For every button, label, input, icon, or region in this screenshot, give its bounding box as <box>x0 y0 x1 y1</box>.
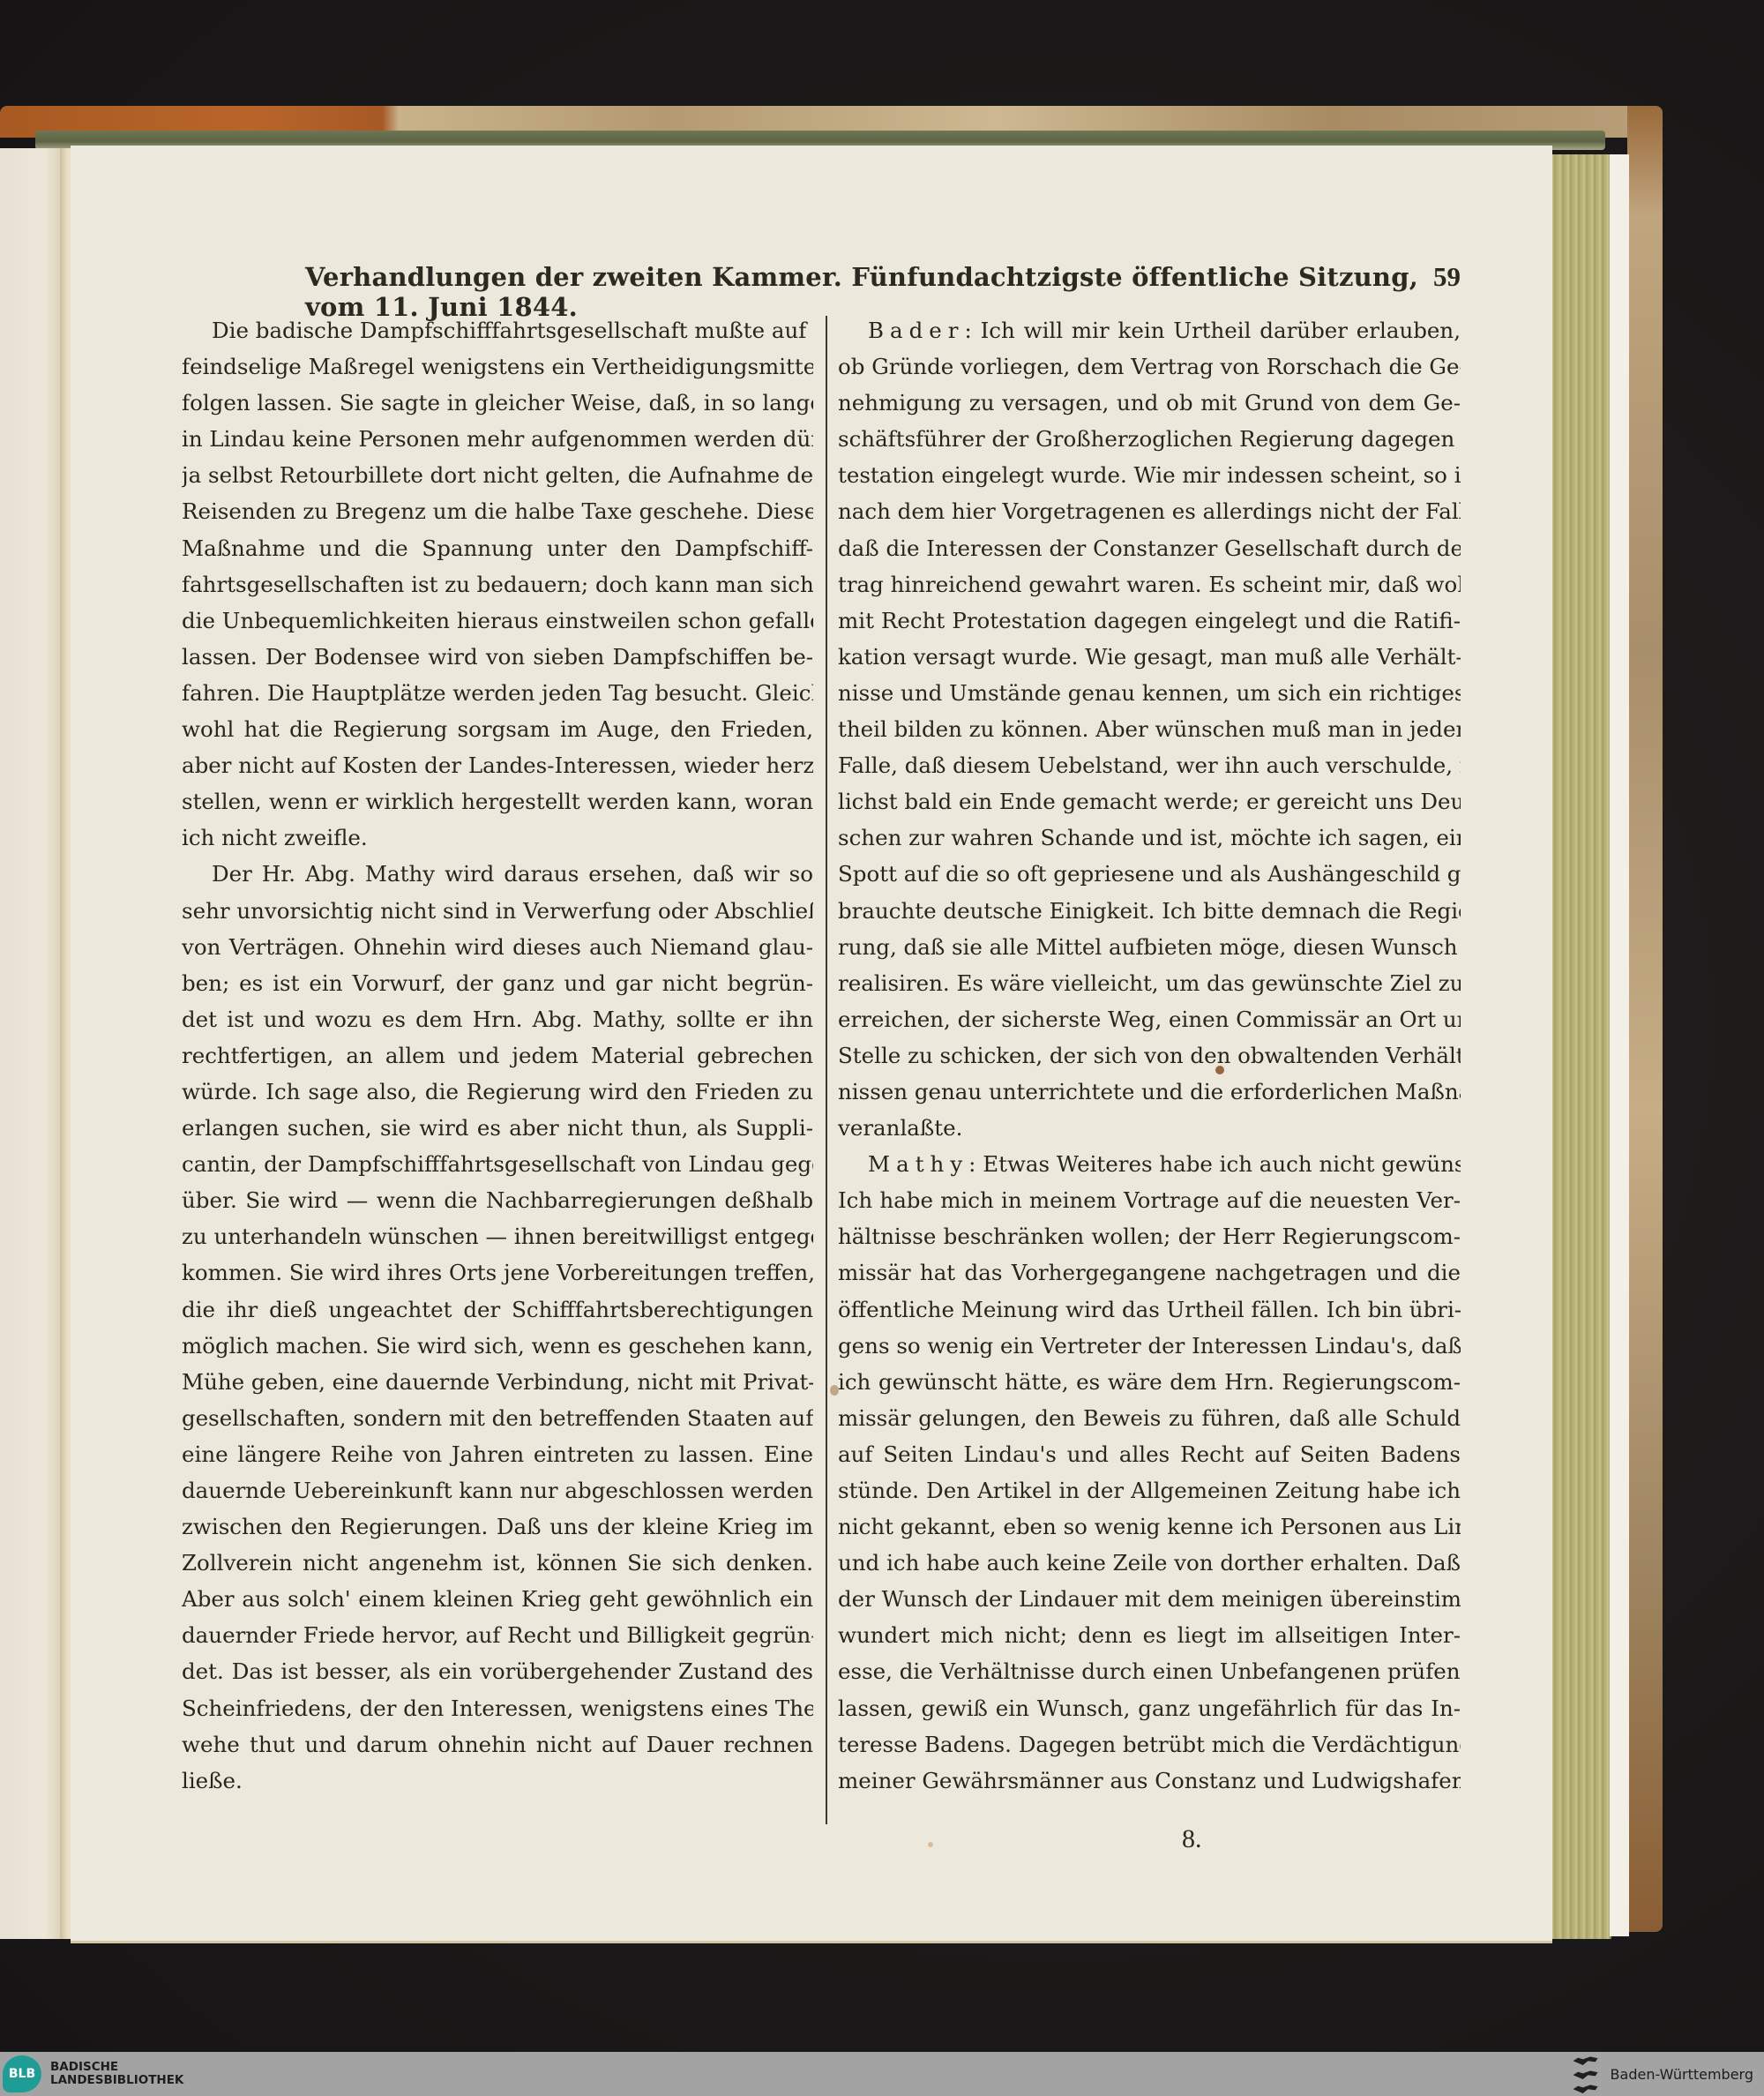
blb-logo-icon[interactable]: BLB <box>3 2055 41 2092</box>
text-line: lassen, gewiß ein Wunsch, ganz ungefährl… <box>838 1690 1461 1726</box>
text-line: über. Sie wird — wenn die Nachbarregieru… <box>182 1182 813 1218</box>
left-page-sliver <box>0 148 64 1939</box>
state-name: Baden-Württemberg <box>1611 2066 1753 2083</box>
text-line: mit Recht Protestation dagegen eingelegt… <box>838 603 1461 639</box>
text-line: Bader: Ich will mir kein Urtheil darüber… <box>838 312 1461 348</box>
text-line: esse, die Verhältnisse durch einen Unbef… <box>838 1653 1461 1689</box>
text-line: Falle, daß diesem Uebelstand, wer ihn au… <box>838 747 1461 783</box>
text-line: stünde. Den Artikel in der Allgemeinen Z… <box>838 1472 1461 1508</box>
text-line: die Unbequemlichkeiten hieraus einstweil… <box>182 603 813 639</box>
text-line: fahrtsgesellschaften ist zu bedauern; do… <box>182 566 813 603</box>
text-line: hältnisse beschränken wollen; der Herr R… <box>838 1218 1461 1254</box>
text-line: Der Hr. Abg. Mathy wird daraus ersehen, … <box>182 856 813 892</box>
library-name-line2: LANDESBIBLIOTHEK <box>50 2074 183 2087</box>
endpaper-edge <box>1610 154 1629 1936</box>
text-line: gens so wenig ein Vertreter der Interess… <box>838 1328 1461 1364</box>
text-line: det ist und wozu es dem Hrn. Abg. Mathy,… <box>182 1001 813 1037</box>
text-line: fahren. Die Hauptplätze werden jeden Tag… <box>182 675 813 711</box>
text-line: Scheinfriedens, der den Interessen, weni… <box>182 1690 813 1726</box>
paper-stain <box>1215 1066 1224 1074</box>
text-line: wehe thut und darum ohnehin nicht auf Da… <box>182 1726 813 1763</box>
speaker-name: Mathy <box>868 1151 968 1177</box>
text-line: nisse und Umstände genau kennen, um sich… <box>838 675 1461 711</box>
text-line: Maßnahme und die Spannung unter den Damp… <box>182 530 813 566</box>
text-line: nach dem hier Vorgetragenen es allerding… <box>838 493 1461 529</box>
scanned-book-image: Verhandlungen der zweiten Kammer. Fünfun… <box>0 0 1764 2052</box>
text-line: zu unterhandeln wünschen — ihnen bereitw… <box>182 1218 813 1254</box>
text-line: in Lindau keine Personen mehr aufgenomme… <box>182 421 813 457</box>
paper-stain <box>830 1385 839 1396</box>
text-line: von Verträgen. Ohnehin wird dieses auch … <box>182 929 813 965</box>
text-line: kommen. Sie wird ihres Orts jene Vorbere… <box>182 1254 813 1291</box>
text-line: Die badische Dampfschifffahrtsgesellscha… <box>182 312 813 348</box>
text-line: Spott auf die so oft gepriesene und als … <box>838 856 1461 892</box>
text-line: gesellschaften, sondern mit den betreffe… <box>182 1400 813 1436</box>
text-line: erlangen suchen, sie wird es aber nicht … <box>182 1110 813 1146</box>
blb-logo-text: BLB <box>9 2067 35 2081</box>
text-line: und ich habe auch keine Zeile von dorthe… <box>838 1545 1461 1581</box>
text-line: wundert mich nicht; denn es liegt im all… <box>838 1617 1461 1653</box>
text-line: trag hinreichend gewahrt waren. Es schei… <box>838 566 1461 603</box>
text-line: ja selbst Retourbillete dort nicht gelte… <box>182 457 813 493</box>
text-line: ich nicht zweifle. <box>182 820 813 856</box>
text-line: Stelle zu schicken, der sich von den obw… <box>838 1037 1461 1074</box>
text-line: teresse Badens. Dagegen betrübt mich die… <box>838 1726 1461 1763</box>
baden-wuerttemberg-brand[interactable]: Baden-Württemberg <box>1573 2055 1753 2093</box>
text-line: zwischen den Regierungen. Daß uns der kl… <box>182 1508 813 1545</box>
text-line: schen zur wahren Schande und ist, möchte… <box>838 820 1461 856</box>
text-line: feindselige Maßregel wenigstens ein Vert… <box>182 348 813 385</box>
text-line: missär gelungen, den Beweis zu führen, d… <box>838 1400 1461 1436</box>
text-line: realisiren. Es wäre vielleicht, um das g… <box>838 965 1461 1001</box>
text-column-left: Die badische Dampfschifffahrtsgesellscha… <box>182 312 813 1799</box>
text-line: folgen lassen. Sie sagte in gleicher Wei… <box>182 385 813 421</box>
text-line: meiner Gewährsmänner aus Constanz und Lu… <box>838 1763 1461 1799</box>
page-fore-edge <box>1550 154 1611 1939</box>
text-line: testation eingelegt wurde. Wie mir indes… <box>838 457 1461 493</box>
text-line: sehr unvorsichtig nicht sind in Verwerfu… <box>182 893 813 929</box>
text-line: nissen genau unterrichtete und die erfor… <box>838 1074 1461 1110</box>
text-line: veranlaßte. <box>838 1110 1461 1146</box>
text-line: eine längere Reihe von Jahren eintreten … <box>182 1436 813 1472</box>
text-line: lichst bald ein Ende gemacht werde; er g… <box>838 783 1461 820</box>
text-line: lassen. Der Bodensee wird von sieben Dam… <box>182 639 813 675</box>
text-line: Ich habe mich in meinem Vortrage auf die… <box>838 1182 1461 1218</box>
text-line: Mathy: Etwas Weiteres habe ich auch nich… <box>838 1146 1461 1182</box>
text-line: daß die Interessen der Constanzer Gesell… <box>838 530 1461 566</box>
library-name[interactable]: BADISCHE LANDESBIBLIOTHEK <box>50 2061 183 2087</box>
text-line: det. Das ist besser, als ein vorübergehe… <box>182 1653 813 1689</box>
text-line: stellen, wenn er wirklich hergestellt we… <box>182 783 813 820</box>
text-column-right: Bader: Ich will mir kein Urtheil darüber… <box>838 312 1461 1799</box>
page-number: 59 <box>1433 261 1461 293</box>
text-line: wohl hat die Regierung sorgsam im Auge, … <box>182 711 813 747</box>
paper-stain <box>928 1842 933 1847</box>
signature-mark: 8. <box>1182 1824 1202 1854</box>
text-line: ob Gründe vorliegen, dem Vertrag von Ror… <box>838 348 1461 385</box>
three-lions-coat-of-arms-icon <box>1573 2055 1600 2093</box>
text-line: dauernder Friede hervor, auf Recht und B… <box>182 1617 813 1653</box>
speaker-name: Bader <box>868 318 965 343</box>
text-line: ben; es ist ein Vorwurf, der ganz und ga… <box>182 965 813 1001</box>
text-line: cantin, der Dampfschifffahrtsgesellschaf… <box>182 1146 813 1182</box>
text-line: möglich machen. Sie wird sich, wenn es g… <box>182 1328 813 1364</box>
viewer-footer-bar: BLB BADISCHE LANDESBIBLIOTHEK Baden-Würt… <box>0 2052 1764 2096</box>
text-line: der Wunsch der Lindauer mit dem meinigen… <box>838 1581 1461 1617</box>
library-name-line1: BADISCHE <box>50 2061 183 2074</box>
text-line: kation versagt wurde. Wie gesagt, man mu… <box>838 639 1461 675</box>
text-line: schäftsführer der Großherzoglichen Regie… <box>838 421 1461 457</box>
text-line: Reisenden zu Bregenz um die halbe Taxe g… <box>182 493 813 529</box>
text-line: Mühe geben, eine dauernde Verbindung, ni… <box>182 1364 813 1400</box>
text-line: missär hat das Vorhergegangene nachgetra… <box>838 1254 1461 1291</box>
text-line: ich gewünscht hätte, es wäre dem Hrn. Re… <box>838 1364 1461 1400</box>
text-line: die ihr dieß ungeachtet der Schifffahrts… <box>182 1291 813 1328</box>
text-line: rechtfertigen, an allem und jedem Materi… <box>182 1037 813 1074</box>
text-line: öffentliche Meinung wird das Urtheil fäl… <box>838 1291 1461 1328</box>
column-divider-rule <box>826 316 827 1824</box>
text-line: brauchte deutsche Einigkeit. Ich bitte d… <box>838 893 1461 929</box>
text-line: nehmigung zu versagen, und ob mit Grund … <box>838 385 1461 421</box>
text-line: Zollverein nicht angenehm ist, können Si… <box>182 1545 813 1581</box>
text-line: rung, daß sie alle Mittel aufbieten möge… <box>838 929 1461 965</box>
text-line: auf Seiten Lindau's und alles Recht auf … <box>838 1436 1461 1472</box>
running-head: Verhandlungen der zweiten Kammer. Fünfun… <box>305 261 1461 300</box>
text-line: Aber aus solch' einem kleinen Krieg geht… <box>182 1581 813 1617</box>
text-line: nicht gekannt, eben so wenig kenne ich P… <box>838 1508 1461 1545</box>
text-line: würde. Ich sage also, die Regierung wird… <box>182 1074 813 1110</box>
book-cover-right-edge <box>1627 106 1663 1932</box>
text-line: theil bilden zu können. Aber wünschen mu… <box>838 711 1461 747</box>
text-line: erreichen, der sicherste Weg, einen Comm… <box>838 1001 1461 1037</box>
text-line: ließe. <box>182 1763 813 1799</box>
text-line: dauernde Uebereinkunft kann nur abgeschl… <box>182 1472 813 1508</box>
text-line: aber nicht auf Kosten der Landes-Interes… <box>182 747 813 783</box>
